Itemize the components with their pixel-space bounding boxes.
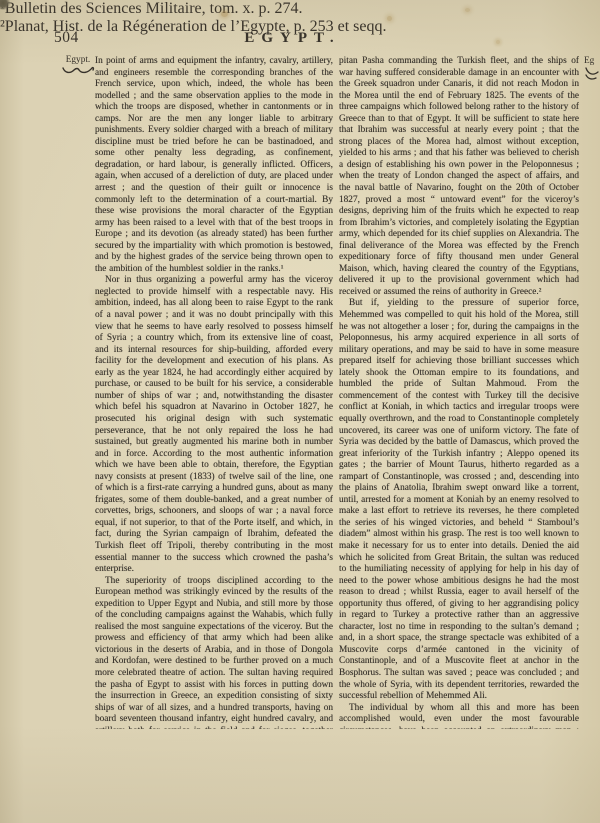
text-column-left: In point of arms and equipment the infan… xyxy=(95,56,333,729)
text-column-right: pitan Pasha commanding the Turkish fleet… xyxy=(339,56,579,729)
paragraph: In point of arms and equipment the infan… xyxy=(95,56,333,275)
text-body: In point of arms and equipment the infan… xyxy=(95,56,579,729)
flourish-icon xyxy=(61,65,95,75)
footnote: ¹Bulletin des Sciences Militaire, tom. x… xyxy=(0,0,600,18)
paragraph: But if, yielding to the pressure of supe… xyxy=(339,298,579,702)
paragraph: The individual by whom all this and more… xyxy=(339,703,579,729)
margin-note-right: Eg xyxy=(584,56,600,82)
paragraph: The superiority of troops disciplined ac… xyxy=(95,576,333,729)
running-header: EGYPT. xyxy=(0,30,578,47)
margin-note-left-label: Egypt. xyxy=(66,55,91,65)
book-page: 504 EGYPT. Egypt. Eg In point of arms an… xyxy=(0,0,600,823)
paragraph: Nor in thus organizing a powerful army h… xyxy=(95,275,333,575)
margin-note-right-label: Eg xyxy=(584,56,594,66)
footnote-text: tom. x. p. 274. xyxy=(206,0,303,17)
margin-note-left: Egypt. xyxy=(61,55,95,75)
paragraph: pitan Pasha commanding the Turkish fleet… xyxy=(339,56,579,298)
flourish-icon xyxy=(585,66,599,82)
footnote-text: Bulletin des Sciences Militaire, xyxy=(5,0,206,17)
